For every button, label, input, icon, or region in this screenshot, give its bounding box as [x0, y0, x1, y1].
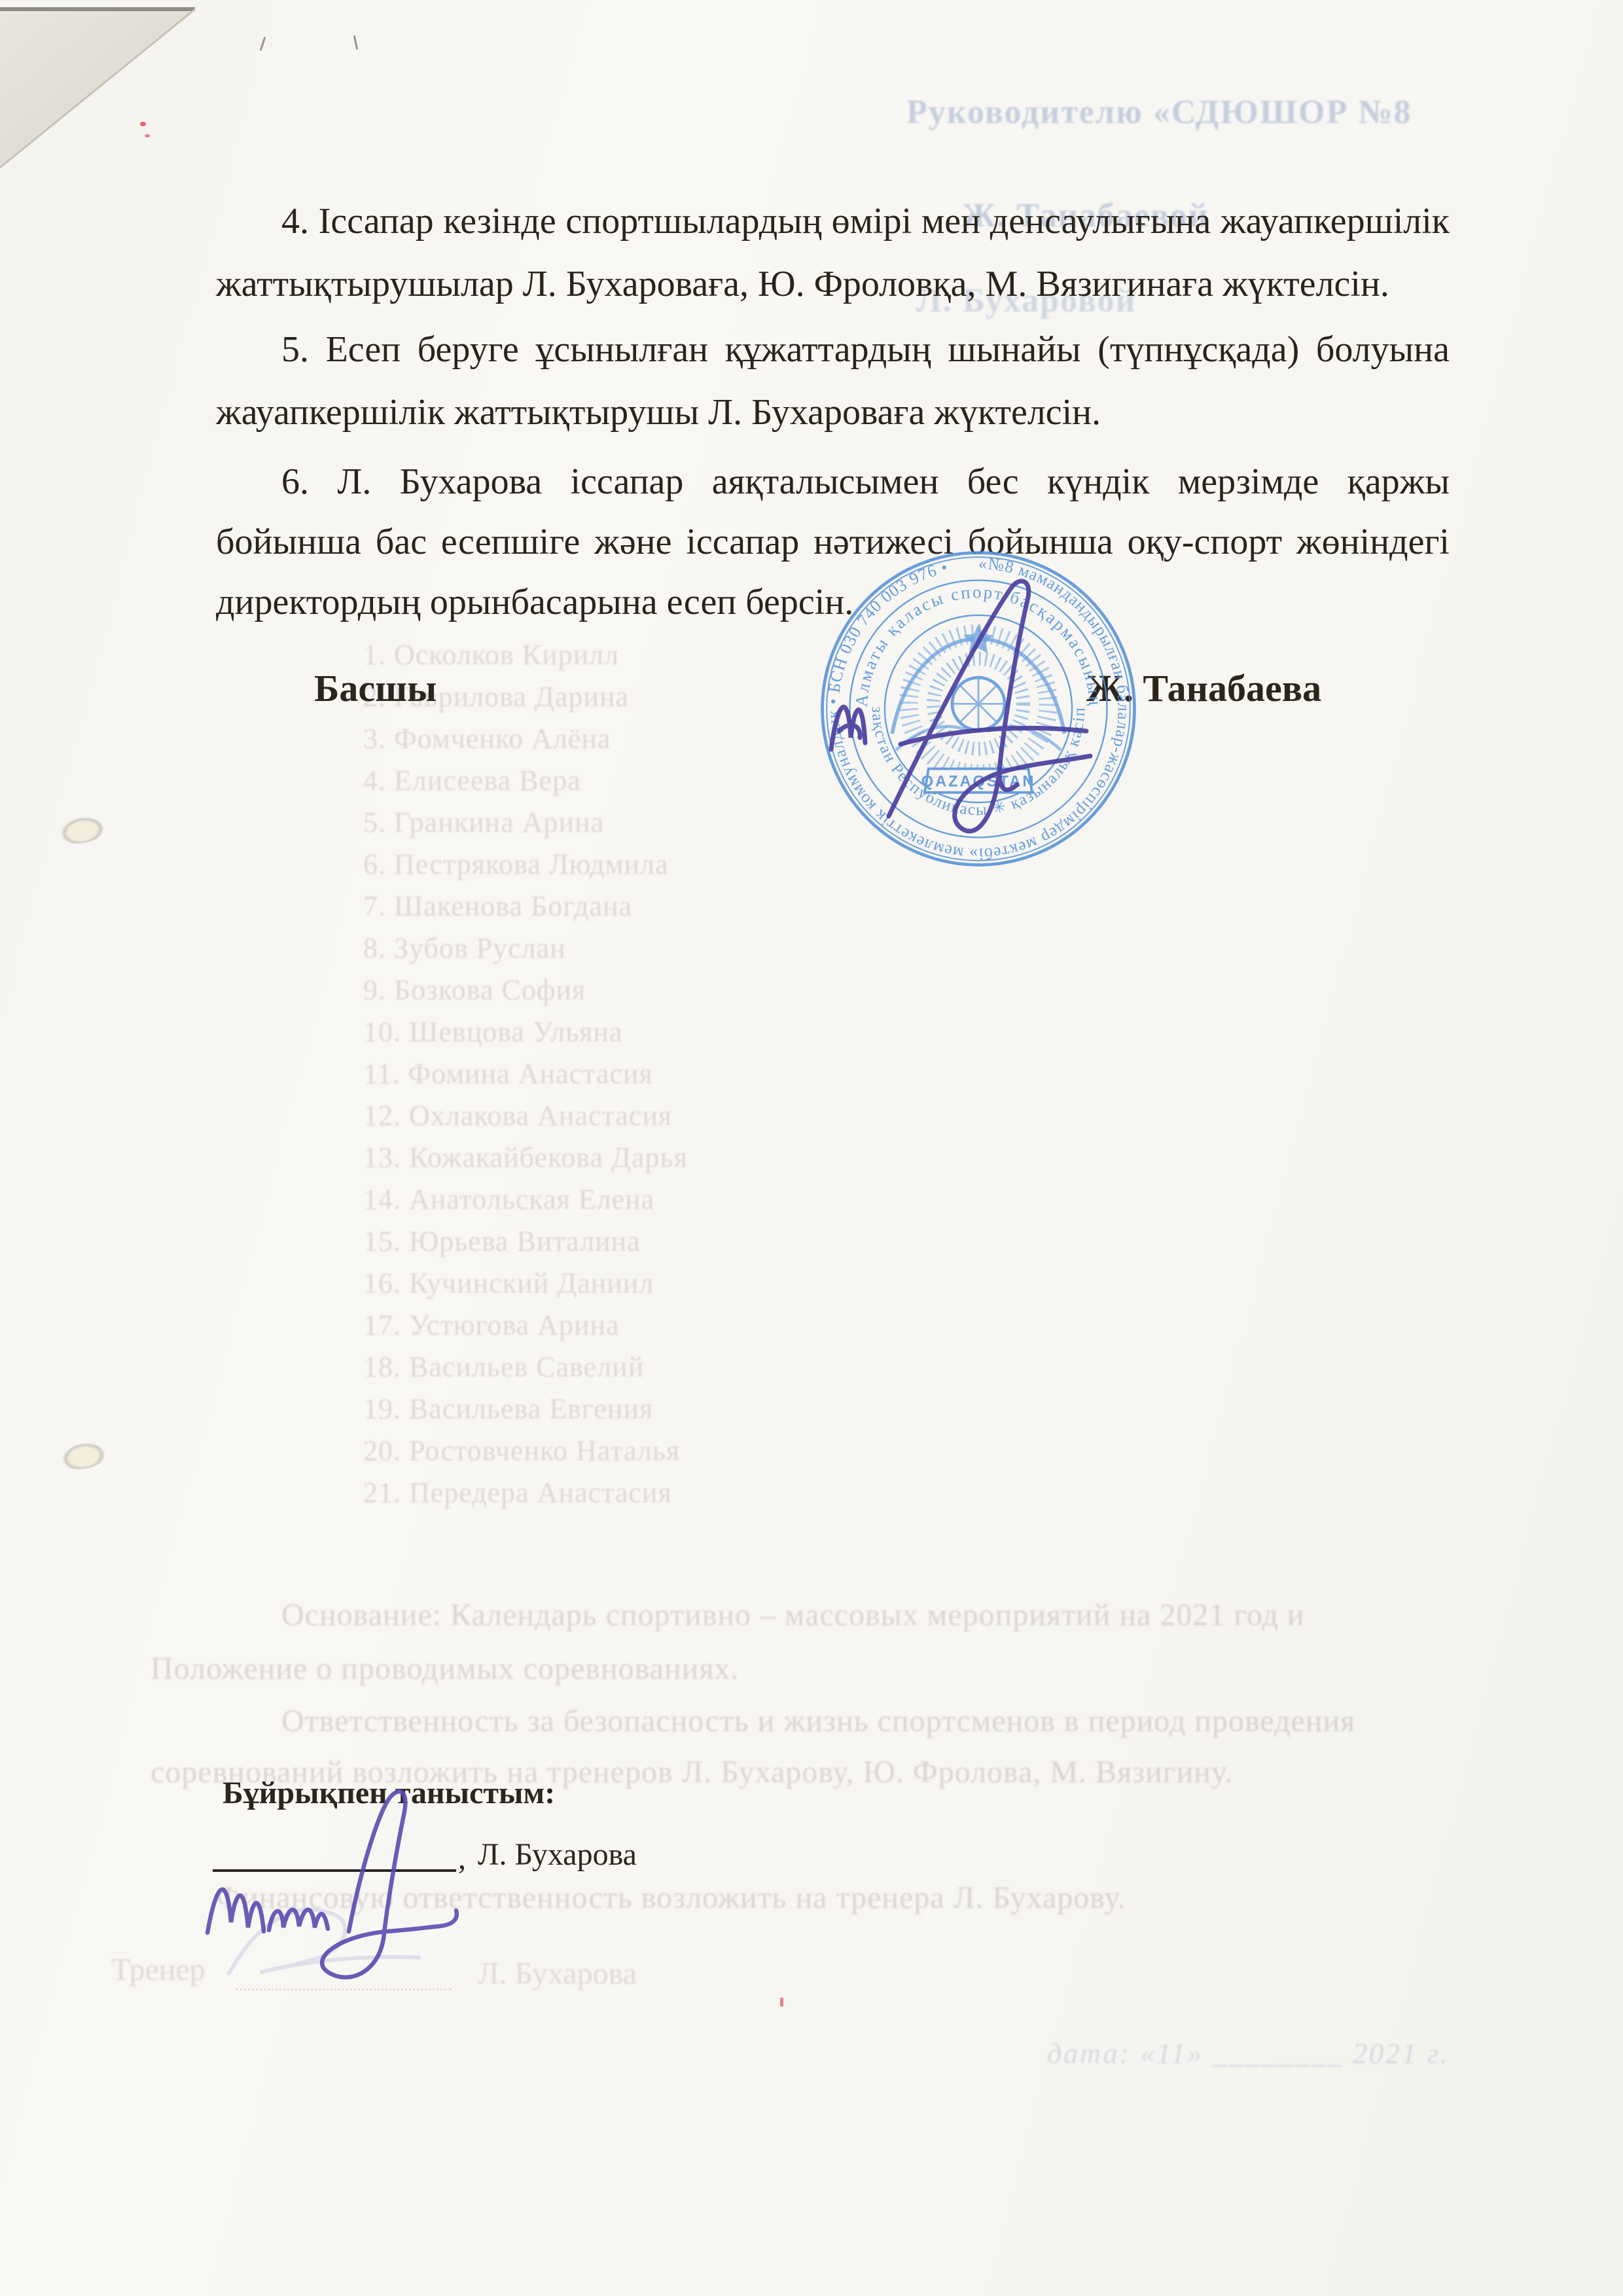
- scanned-document-page: Руководителю «СДЮШОР №8 Ж. Танабаевой Л.…: [0, 0, 1623, 2296]
- ghost-date-line: дата: «11» ________ 2021 г.: [1047, 2037, 1450, 2070]
- ghost-basis-line: Положение о проводимых соревнованиях.: [151, 1651, 739, 1687]
- paragraph-6-line-1: 6. Л. Бухарова іссапар аяқталысымен бес …: [281, 462, 1450, 503]
- ghost-list-item: 21. Передера Анастасия: [363, 1476, 672, 1509]
- ghost-list-item: 8. Зубов Руслан: [363, 931, 566, 965]
- ghost-list-item: 4. Елисеева Вера: [363, 764, 581, 797]
- ghost-list-item: 11. Фомина Анастасия: [363, 1057, 653, 1090]
- red-speck: [140, 122, 146, 126]
- ghost-list-item: 6. Пестрякова Людмила: [363, 848, 669, 881]
- ghost-list-item: 15. Юрьева Виталина: [363, 1225, 641, 1258]
- paper-dimple-artifact: [52, 1433, 113, 1473]
- ghost-list-item: 13. Кожакайбекова Дарья: [363, 1141, 688, 1174]
- ghost-addressee-line: Руководителю «СДЮШОР №8: [906, 93, 1412, 132]
- ghost-list-item: 20. Ростовченко Наталья: [363, 1434, 680, 1467]
- ghost-basis-line: Ответственность за безопасность и жизнь …: [281, 1703, 1355, 1739]
- paper-dimple-artifact: [51, 807, 112, 848]
- director-title-label: Басшы: [314, 666, 437, 710]
- ghost-list-item: 3. Фомченко Алёна: [363, 722, 611, 755]
- paragraph-4-line-2: жаттықтырушылар Л. Бухароваға, Ю. Фролов…: [216, 264, 1450, 305]
- ghost-list-item: 17. Устюгова Арина: [363, 1308, 620, 1342]
- ghost-list-item: 5. Гранкина Арина: [363, 806, 604, 839]
- ghost-basis-line: Основание: Календарь спортивно – массовы…: [281, 1597, 1305, 1633]
- red-speck: [145, 134, 150, 137]
- ghost-list-item: 18. Васильев Савелий: [363, 1350, 644, 1384]
- ghost-trainer-name: Л. Бухарова: [478, 1956, 637, 1992]
- paragraph-5-line-2: жауапкершілік жаттықтырушы Л. Бухароваға…: [216, 393, 1450, 433]
- paragraph-4-line-1: 4. Іссапар кезінде спортшылардың өмірі м…: [281, 202, 1450, 242]
- ghost-list-item: 12. Охлакова Анастасия: [363, 1099, 672, 1132]
- ghost-list-item: 16. Кучинский Даниил: [363, 1266, 654, 1300]
- paragraph-5-line-1: 5. Есеп беруге ұсынылған құжаттардың шын…: [281, 330, 1450, 370]
- ghost-list-item: 19. Васильева Евгения: [363, 1392, 653, 1426]
- corner-fold-artifact: [0, 0, 223, 196]
- director-signature: [811, 560, 1099, 834]
- scan-hair-artifact: [260, 37, 266, 51]
- scan-hair-artifact: [353, 35, 359, 50]
- red-speck: [780, 1998, 783, 2007]
- ghost-trainer-signature-line: [236, 1964, 452, 1990]
- ghost-list-item: 7. Шакенова Богдана: [363, 889, 632, 923]
- ghost-list-item: 14. Анатольская Елена: [363, 1183, 654, 1216]
- ghost-list-item: 10. Шевцова Ульяна: [363, 1015, 623, 1049]
- ghost-trainer-label: Тренер: [111, 1952, 205, 1988]
- ghost-list-item: 9. Бозкова София: [363, 973, 586, 1007]
